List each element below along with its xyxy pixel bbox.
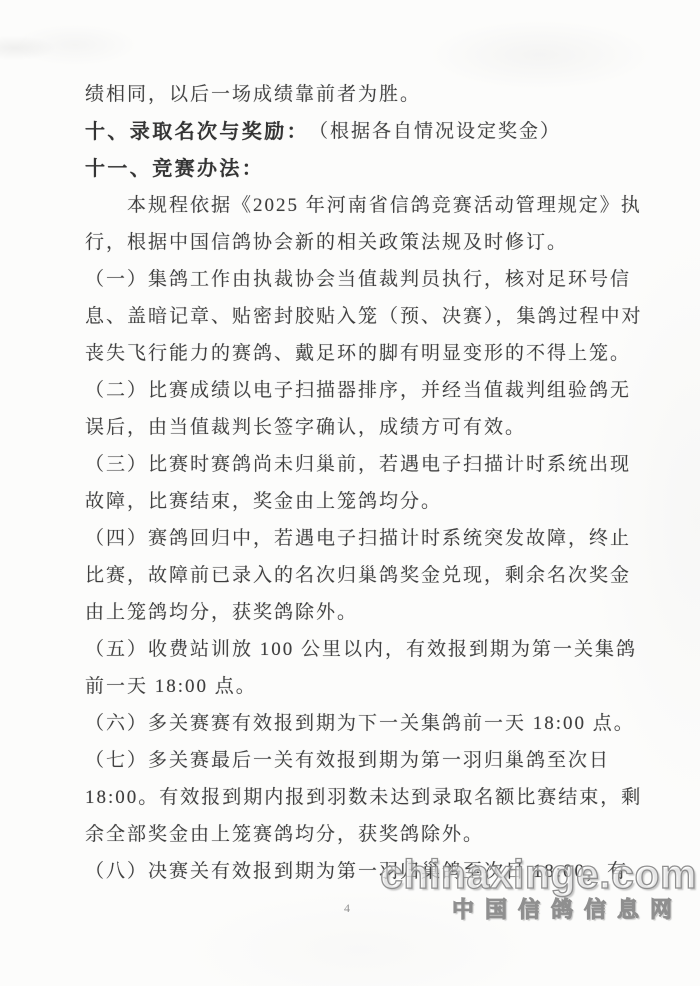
doc-line: 绩相同，以后一场成绩靠前者为胜。 (85, 74, 630, 111)
page-number: 4 (344, 901, 350, 916)
doc-line: （八）决赛关有效报到期为第一羽归巢鸽至次日 18:00，有 (85, 851, 630, 888)
doc-line: 丧失飞行能力的赛鸽、戴足环的脚有明显变形的不得上笼。 (85, 333, 630, 370)
section-heading-rules: 十一、竞赛办法： (85, 148, 630, 185)
doc-line: 余全部奖金由上笼赛鸽均分，获奖鸽除外。 (85, 814, 630, 851)
doc-line: 行，根据中国信鸽协会新的相关政策法规及时修订。 (85, 222, 630, 259)
watermark-site-name: 中国信鸽信息网 (380, 893, 697, 924)
doc-line: 本规程依据《2025 年河南省信鸽竞赛活动管理规定》执 (85, 185, 630, 222)
doc-line: 比赛，故障前已录入的名次归巢鸽奖金兑现，剩余名次奖金 (85, 555, 630, 592)
doc-line: （一）集鸽工作由执裁协会当值裁判员执行，核对足环号信 (85, 259, 630, 296)
section-heading-rules-title: 十一、竞赛办法： (85, 152, 264, 181)
doc-line: （三）比赛时赛鸽尚未归巢前，若遇电子扫描计时系统出现 (85, 444, 630, 481)
doc-line: （七）多关赛最后一关有效报到期为第一羽归巢鸽至次日 (85, 740, 630, 777)
doc-line: 前一天 18:00 点。 (85, 666, 630, 703)
section-heading-awards: 十、录取名次与奖励：（根据各自情况设定奖金） (85, 111, 630, 148)
doc-line: （五）收费站训放 100 公里以内，有效报到期为第一关集鸽 (85, 629, 630, 666)
doc-line: 18:00。有效报到期内报到羽数未达到录取名额比赛结束，剩 (85, 777, 630, 814)
doc-line: （六）多关赛赛有效报到期为下一关集鸽前一天 18:00 点。 (85, 703, 630, 740)
doc-line: 误后，由当值裁判长签字确认，成绩方可有效。 (85, 407, 630, 444)
section-heading-awards-note: （根据各自情况设定奖金） (309, 116, 561, 143)
document-body: 绩相同，以后一场成绩靠前者为胜。 十、录取名次与奖励：（根据各自情况设定奖金） … (85, 74, 630, 888)
section-heading-awards-title: 十、录取名次与奖励： (85, 115, 309, 144)
doc-line: （四）赛鸽回归中，若遇电子扫描计时系统突发故障，终止 (85, 518, 630, 555)
doc-line: （二）比赛成绩以电子扫描器排序，并经当值裁判组验鸽无 (85, 370, 630, 407)
doc-line: 故障，比赛结束，奖金由上笼鸽均分。 (85, 481, 630, 518)
doc-line: 由上笼鸽均分，获奖鸽除外。 (85, 592, 630, 629)
doc-line: 息、盖暗记章、贴密封胶贴入笼（预、决赛），集鸽过程中对 (85, 296, 630, 333)
